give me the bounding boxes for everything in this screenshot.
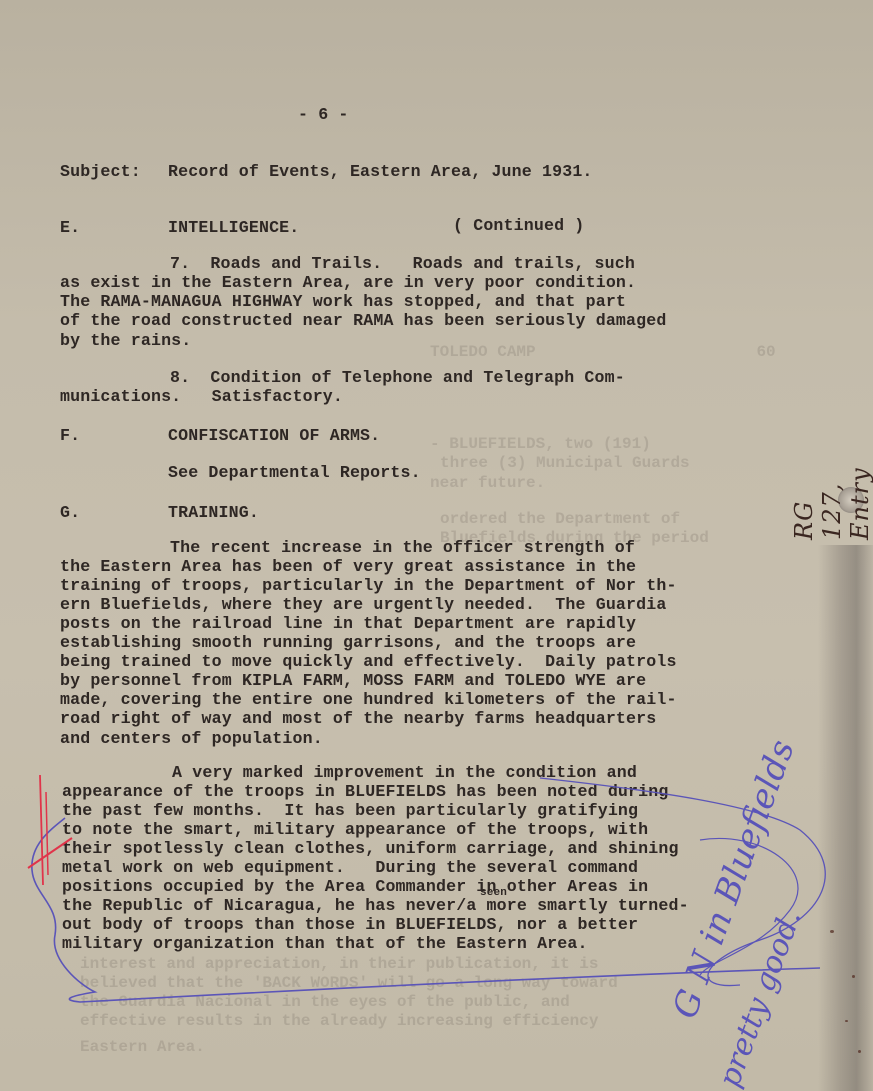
red-pencil-mark [40,775,43,885]
ink-annotations [0,0,873,1091]
document-page: TOLEDO CAMP 60 - BLUEFIELDS, two (191) t… [0,0,873,1091]
red-pencil-mark [46,792,48,875]
